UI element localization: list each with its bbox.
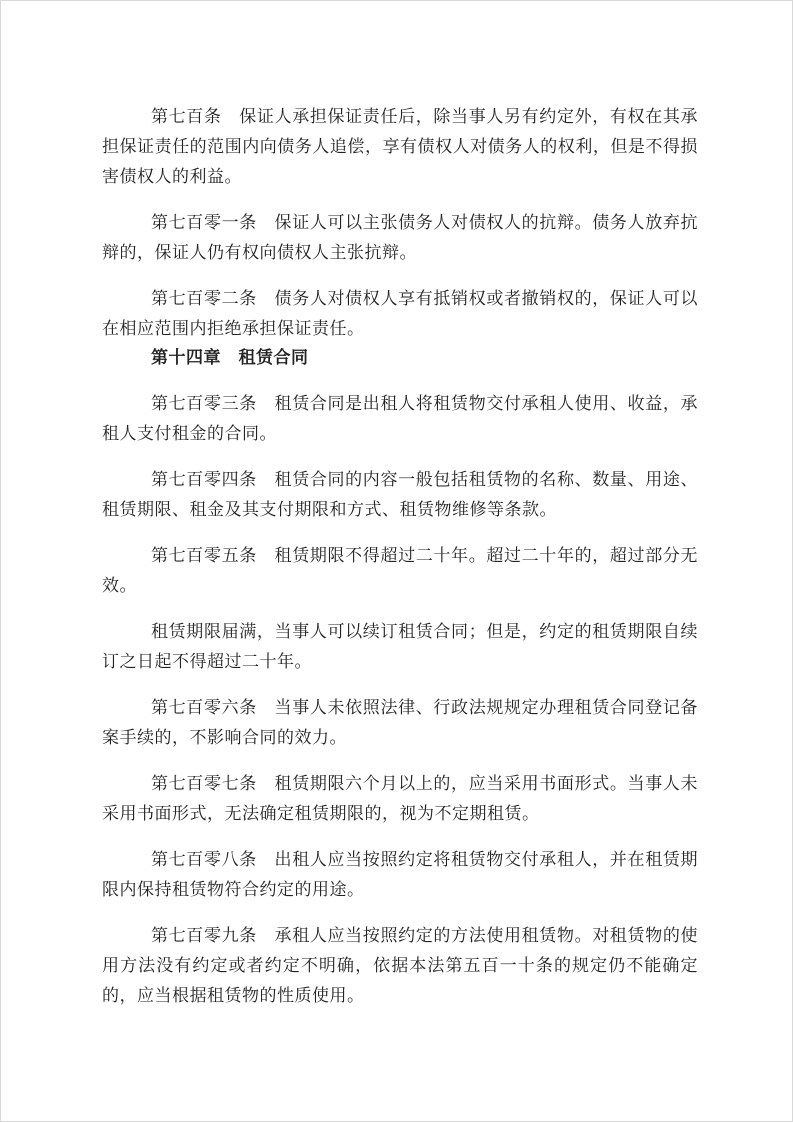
article-704-paragraph: 第七百零四条 租赁合同的内容一般包括租赁物的名称、数量、用途、租赁期限、租金及其… [102, 465, 698, 525]
article-707-paragraph: 第七百零七条 租赁期限六个月以上的，应当采用书面形式。当事人未采用书面形式，无法… [102, 769, 698, 829]
article-708-paragraph: 第七百零八条 出租人应当按照约定将租赁物交付承租人，并在租赁期限内保持租赁物符合… [102, 845, 698, 905]
article-706-paragraph: 第七百零六条 当事人未依照法律、行政法规规定办理租赁合同登记备案手续的，不影响合… [102, 693, 698, 753]
article-709-paragraph: 第七百零九条 承租人应当按照约定的方法使用租赁物。对租赁物的使用方法没有约定或者… [102, 921, 698, 1011]
article-702-paragraph: 第七百零二条 债务人对债权人享有抵销权或者撤销权的，保证人可以在相应范围内拒绝承… [102, 284, 698, 344]
article-705-continuation-paragraph: 租赁期限届满，当事人可以续订租赁合同；但是，约定的租赁期限自续订之日起不得超过二… [102, 617, 698, 677]
document-text-block: 第七百条 保证人承担保证责任后，除当事人另有约定外，有权在其承担保证责任的范围内… [102, 102, 698, 1011]
document-page: 第七百条 保证人承担保证责任后，除当事人另有约定外，有权在其承担保证责任的范围内… [0, 0, 793, 1122]
chapter-14-heading: 第十四章 租赁合同 [102, 343, 698, 373]
article-701-paragraph: 第七百零一条 保证人可以主张债务人对债权人的抗辩。债务人放弃抗辩的，保证人仍有权… [102, 208, 698, 268]
article-700-paragraph: 第七百条 保证人承担保证责任后，除当事人另有约定外，有权在其承担保证责任的范围内… [102, 102, 698, 192]
article-705-paragraph: 第七百零五条 租赁期限不得超过二十年。超过二十年的，超过部分无效。 [102, 541, 698, 601]
article-703-paragraph: 第七百零三条 租赁合同是出租人将租赁物交付承租人使用、收益，承租人支付租金的合同… [102, 389, 698, 449]
